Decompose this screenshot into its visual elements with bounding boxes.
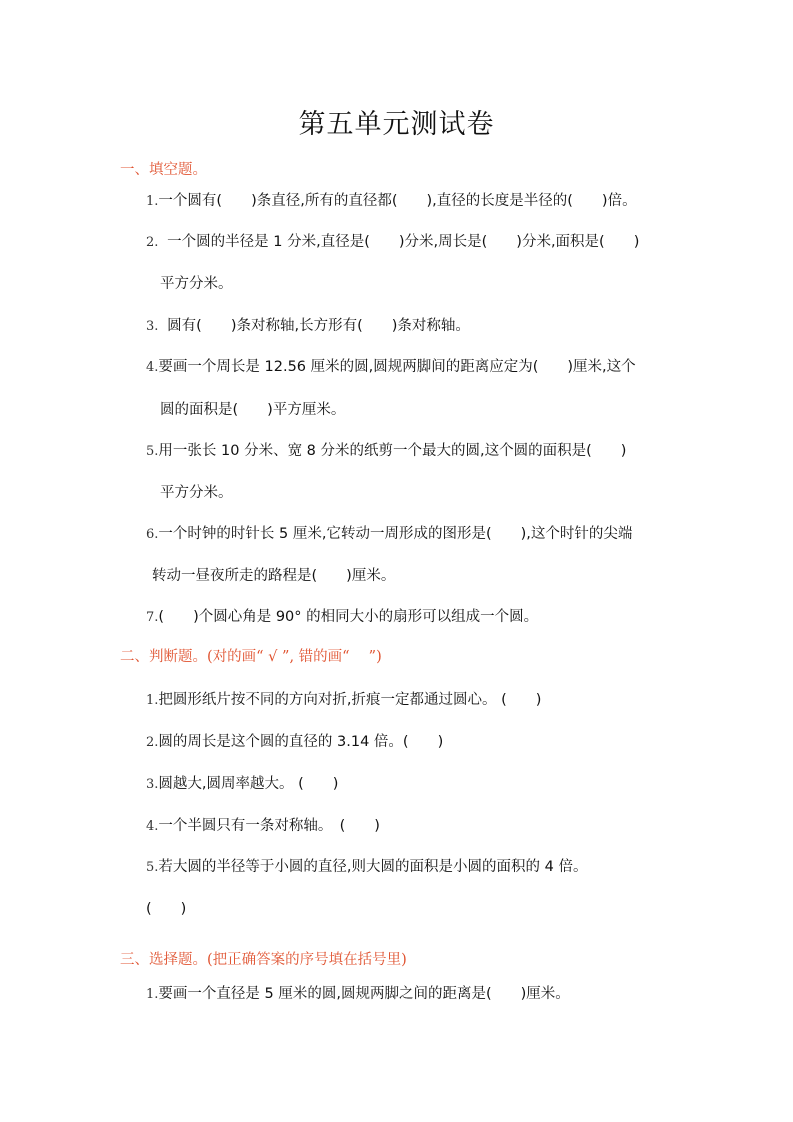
question-2-1: 1.把圆形纸片按不同的方向对折,折痕一定都通过圆心。 ( ) <box>146 690 541 711</box>
question-number: 6. <box>146 527 158 542</box>
section-header-fill-blank: 一、填空题。 <box>120 160 207 180</box>
question-number: 7. <box>146 610 158 625</box>
question-1-2: 2. 一个圆的半径是 1 分米,直径是( )分米,周长是( )分米,面积是( ) <box>146 232 639 253</box>
question-text: 一个圆有( )条直径,所有的直径都( ),直径的长度是半径的( )倍。 <box>158 193 636 209</box>
question-text: 若大圆的半径等于小圆的直径,则大圆的面积是小圆的面积的 4 倍。 <box>158 859 587 875</box>
question-1-4-cont: 圆的面积是( )平方厘米。 <box>160 400 345 420</box>
question-number: 3. <box>146 777 158 792</box>
question-number: 2. <box>146 735 158 750</box>
question-text: 圆有( )条对称轴,长方形有( )条对称轴。 <box>163 318 470 334</box>
question-text: 要画一个直径是 5 厘米的圆,圆规两脚之间的距离是( )厘米。 <box>158 986 569 1002</box>
question-number: 2. <box>146 235 163 250</box>
question-text: 圆的周长是这个圆的直径的 3.14 倍。( ) <box>158 734 443 750</box>
question-number: 5. <box>146 444 158 459</box>
question-1-1: 1.一个圆有( )条直径,所有的直径都( ),直径的长度是半径的( )倍。 <box>146 191 637 212</box>
question-text: 一个时钟的时针长 5 厘米,它转动一周形成的图形是( ),这个时针的尖端 <box>158 526 632 542</box>
question-number: 1. <box>146 987 158 1002</box>
question-1-6-cont: 转动一昼夜所走的路程是( )厘米。 <box>152 566 395 586</box>
question-number: 1. <box>146 194 158 209</box>
answer-blank: ( ) <box>146 899 186 919</box>
question-1-7: 7.( )个圆心角是 90° 的相同大小的扇形可以组成一个圆。 <box>146 607 538 628</box>
question-1-4: 4.要画一个周长是 12.56 厘米的圆,圆规两脚间的距离应定为( )厘米,这个 <box>146 357 636 378</box>
question-number: 4. <box>146 360 158 375</box>
page-title: 第五单元测试卷 <box>0 102 793 141</box>
question-text: 一个半圆只有一条对称轴。 ( ) <box>158 818 380 834</box>
question-number: 3. <box>146 319 163 334</box>
question-1-5-cont: 平方分米。 <box>160 483 233 503</box>
question-1-6: 6.一个时钟的时针长 5 厘米,它转动一周形成的图形是( ),这个时针的尖端 <box>146 524 632 545</box>
question-number: 4. <box>146 819 158 834</box>
question-number: 1. <box>146 693 158 708</box>
question-1-5: 5.用一张长 10 分米、宽 8 分米的纸剪一个最大的圆,这个圆的面积是( ) <box>146 441 626 462</box>
section-header-true-false: 二、判断题。(对的画“ √ ”, 错的画“ ”) <box>120 647 382 667</box>
section-header-multiple-choice: 三、选择题。(把正确答案的序号填在括号里) <box>120 950 407 970</box>
question-2-4: 4.一个半圆只有一条对称轴。 ( ) <box>146 816 380 837</box>
question-text: 要画一个周长是 12.56 厘米的圆,圆规两脚间的距离应定为( )厘米,这个 <box>158 359 635 375</box>
question-2-2: 2.圆的周长是这个圆的直径的 3.14 倍。( ) <box>146 732 443 753</box>
question-1-3: 3. 圆有( )条对称轴,长方形有( )条对称轴。 <box>146 316 470 337</box>
question-text: 用一张长 10 分米、宽 8 分米的纸剪一个最大的圆,这个圆的面积是( ) <box>158 443 626 459</box>
question-text: ( )个圆心角是 90° 的相同大小的扇形可以组成一个圆。 <box>158 609 538 625</box>
question-text: 圆越大,圆周率越大。 ( ) <box>158 776 338 792</box>
question-text: 把圆形纸片按不同的方向对折,折痕一定都通过圆心。 ( ) <box>158 692 541 708</box>
question-2-3: 3.圆越大,圆周率越大。 ( ) <box>146 774 338 795</box>
question-text: 一个圆的半径是 1 分米,直径是( )分米,周长是( )分米,面积是( ) <box>163 234 640 250</box>
question-3-1: 1.要画一个直径是 5 厘米的圆,圆规两脚之间的距离是( )厘米。 <box>146 984 570 1005</box>
question-number: 5. <box>146 860 158 875</box>
question-2-5: 5.若大圆的半径等于小圆的直径,则大圆的面积是小圆的面积的 4 倍。 <box>146 857 587 878</box>
question-1-2-cont: 平方分米。 <box>160 274 233 294</box>
